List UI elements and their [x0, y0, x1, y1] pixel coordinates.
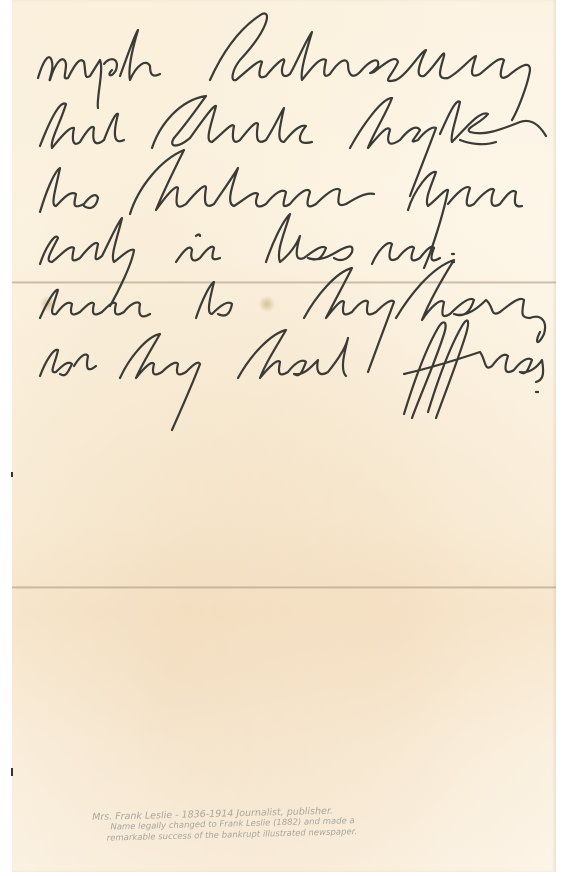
handwriting-strokes — [0, 0, 576, 876]
